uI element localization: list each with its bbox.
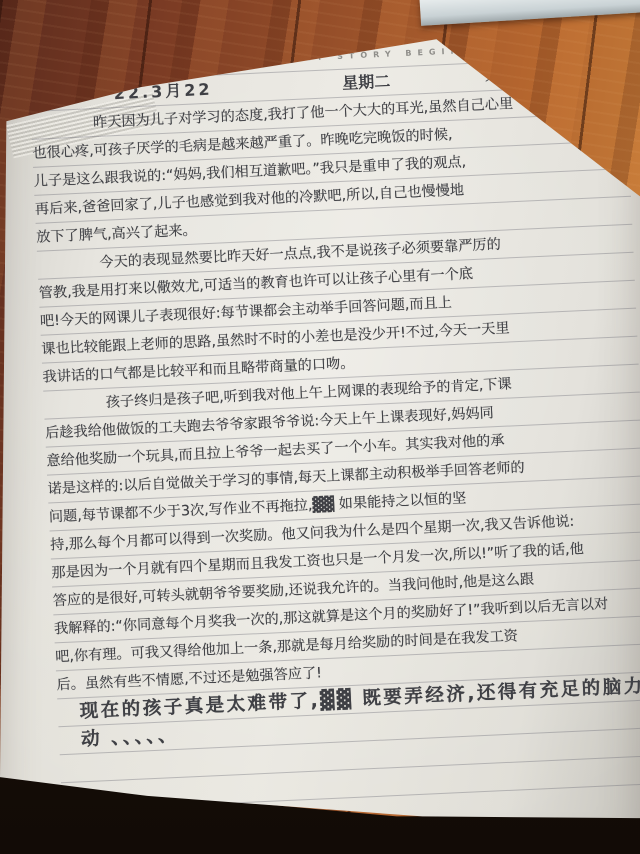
notebook-page: 孩子的小聪明 LET STORY BEGIN 22.3月22 星期二 天气晴 昨… bbox=[0, 0, 640, 854]
page-content: 孩子的小聪明 LET STORY BEGIN 22.3月22 星期二 天气晴 昨… bbox=[28, 29, 640, 811]
handwriting-lines: 昨天因为儿子对学习的态度,我打了他一个大大的耳光,虽然自己心里也很心疼,可孩子厌… bbox=[31, 85, 640, 811]
photo-canvas: 孩子的小聪明 LET STORY BEGIN 22.3月22 星期二 天气晴 昨… bbox=[0, 0, 640, 854]
weekday-value: 星期二 bbox=[342, 68, 391, 97]
